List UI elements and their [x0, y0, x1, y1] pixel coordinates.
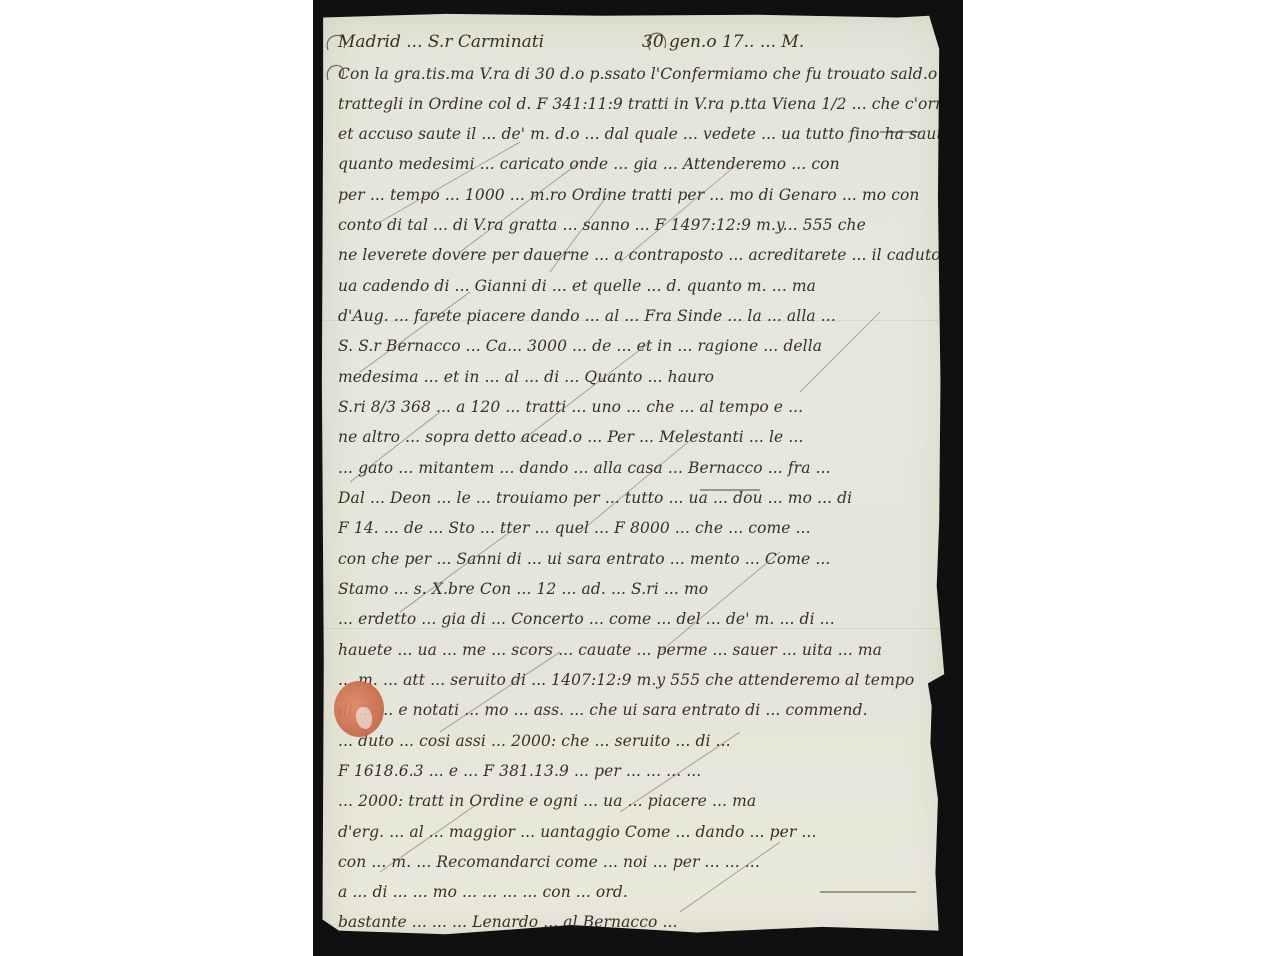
text-line: di ... ... e notati ... mo ... ass. ... … — [338, 701, 868, 719]
fold-crease — [320, 628, 948, 629]
text-line: ... duto ... cosi assi ... 2000: che ...… — [338, 732, 731, 750]
wax-seal — [334, 681, 384, 737]
text-line: ne altro ... sopra detto acead.o ... Per… — [338, 428, 803, 446]
text-line: trattegli in Ordine col d. F 341:11:9 tr… — [338, 95, 967, 113]
text-line: ... erdetto ... gia di ... Concerto ... … — [338, 610, 835, 628]
text-line: ... 2000: tratt in Ordine e ogni ... ua … — [338, 792, 756, 810]
text-line: medesima ... et in ... al ... di ... Qua… — [338, 368, 714, 386]
addressee-heading: Madrid ... S.r Carminati — [338, 32, 544, 52]
text-line: ... gato ... mitantem ... dando ... alla… — [338, 459, 831, 477]
text-line: ne leverete dovere per dauerne ... a con… — [338, 246, 994, 264]
text-line: bastante ... ... ... Lenardo ... al Bern… — [338, 913, 678, 931]
text-line: d'erg. ... al ... maggior ... uantaggio … — [338, 823, 816, 841]
manuscript-page: Madrid ... S.r Carminati 30 gen.o 17.. .… — [320, 12, 948, 938]
text-line: Dal ... Deon ... le ... trouiamo per ...… — [338, 489, 852, 507]
text-line: S.ri 8/3 368 ... a 120 ... tratti ... un… — [338, 398, 803, 416]
text-line: ... m. ... att ... seruito di ... 1407:1… — [338, 671, 914, 689]
text-line: a ... di ... ... mo ... ... ... ... con … — [338, 883, 628, 901]
text-line: d'Aug. ... farete piacere dando ... al .… — [338, 307, 836, 325]
date-heading: 30 gen.o 17.. ... M. — [642, 32, 804, 52]
text-line: con ... m. ... Recomandarci come ... noi… — [338, 853, 760, 871]
text-line: F 14. ... de ... Sto ... tter ... quel .… — [338, 519, 811, 537]
text-line: con che per ... Sanni di ... ui sara ent… — [338, 550, 830, 568]
text-line: et accuso saute il ... de' m. d.o ... da… — [338, 125, 952, 143]
text-line: quanto medesimi ... caricato onde ... gi… — [338, 155, 840, 173]
text-line: hauete ... ua ... me ... scors ... cauat… — [338, 641, 882, 659]
text-line: F 1618.6.3 ... e ... F 381.13.9 ... per … — [338, 762, 701, 780]
text-line: S. S.r Bernacco ... Ca... 3000 ... de ..… — [338, 337, 822, 355]
text-line: per ... tempo ... 1000 ... m.ro Ordine t… — [338, 186, 920, 204]
text-line: ua cadendo di ... Gianni di ... et quell… — [338, 277, 816, 295]
text-line: conto di tal ... di V.ra gratta ... sann… — [338, 216, 866, 234]
text-line: Con la gra.tis.ma V.ra di 30 d.o p.ssato… — [338, 65, 1076, 83]
text-line: Stamo ... s. X.bre Con ... 12 ... ad. ..… — [338, 580, 708, 598]
